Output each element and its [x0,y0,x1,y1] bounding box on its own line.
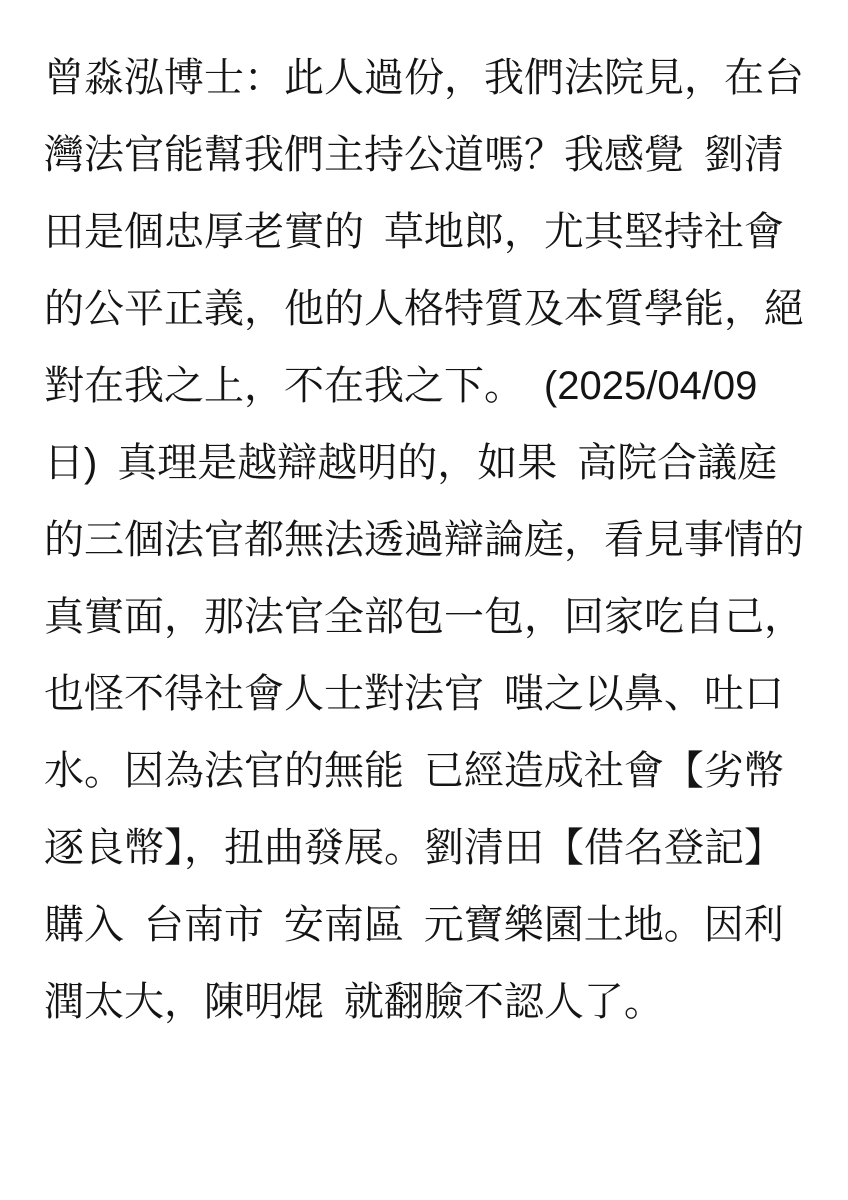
text-line: 灣法官能幫我們主持公道嗎？我感覺 劉清 [44,117,804,194]
text-line: 購入 台南市 安南區 元寶樂園土地。因利 [44,887,804,964]
document-paragraph: 曾淼泓博士：此人過份，我們法院見，在台 灣法官能幫我們主持公道嗎？我感覺 劉清 … [0,0,848,1041]
document-page: 曾淼泓博士：此人過份，我們法院見，在台 灣法官能幫我們主持公道嗎？我感覺 劉清 … [0,0,848,1200]
text-line: 潤太大，陳明焜 就翻臉不認人了。 [44,964,804,1041]
text-line: 曾淼泓博士：此人過份，我們法院見，在台 [44,40,804,117]
text-line: 也怪不得社會人士對法官 嗤之以鼻、吐口 [44,656,804,733]
text-line: 田是個忠厚老實的 草地郎，尤其堅持社會 [44,194,804,271]
text-line: 水。因為法官的無能 已經造成社會【劣幣 [44,733,804,810]
text-line: 逐良幣】，扭曲發展。劉清田【借名登記】 [44,810,804,887]
text-line: 的公平正義，他的人格特質及本質學能，絕 [44,271,804,348]
text-line: 對在我之上，不在我之下。 (2025/04/09 [44,348,804,425]
text-line: 日) 真理是越辯越明的，如果 高院合議庭 [44,425,804,502]
text-line: 的三個法官都無法透過辯論庭，看見事情的 [44,502,804,579]
text-line: 真實面，那法官全部包一包，回家吃自己， [44,579,804,656]
